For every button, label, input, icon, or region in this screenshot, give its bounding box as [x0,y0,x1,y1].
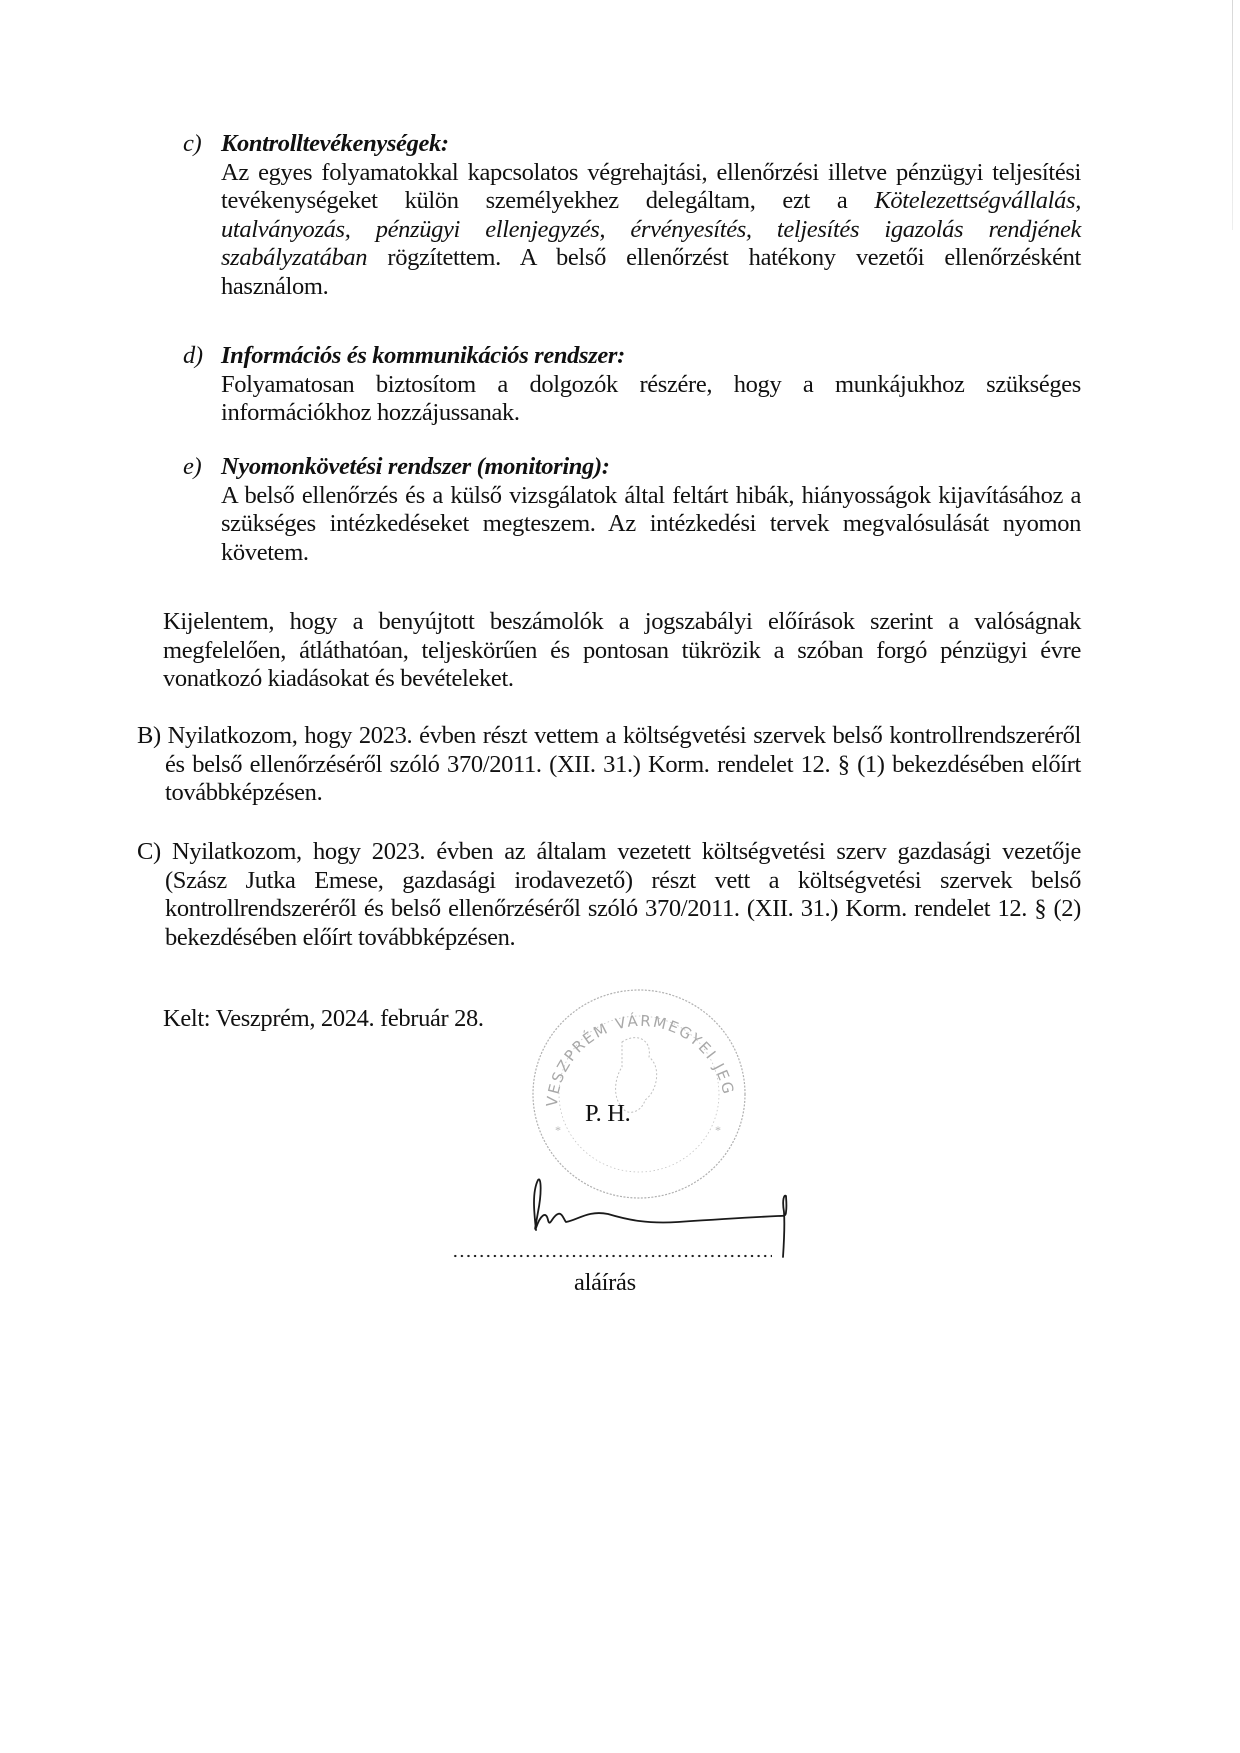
section-d-marker: d) [183,342,221,371]
section-e: e) Nyomonkövetési rendszer (monitoring):… [183,453,1081,567]
section-d-body: Folyamatosan biztosítom a dolgozók részé… [221,371,1081,428]
signature-label: aláírás [574,1269,636,1297]
statement-paragraph: Kijelentem, hogy a benyújtott beszámolók… [163,608,1081,694]
section-d-heading-row: d) Információs és kommunikációs rendszer… [183,342,1081,371]
signature-dotted-line [452,1254,772,1258]
svg-text:VESZPRÉM VÁRMEGYEI JEGYZŐ: VESZPRÉM VÁRMEGYEI JEGYZŐ [527,982,738,1108]
official-stamp-icon: VESZPRÉM VÁRMEGYEI JEGYZŐ * * [527,982,752,1204]
svg-text:*: * [715,1123,721,1137]
section-c-heading-row: c) Kontrolltevékenységek: [183,130,1081,159]
declaration-c-text: C) Nyilatkozom, hogy 2023. évben az álta… [137,838,1081,952]
section-e-marker: e) [183,453,221,482]
stamp-ring-text: VESZPRÉM VÁRMEGYEI JEGYZŐ [527,982,738,1108]
section-c-heading: Kontrolltevékenységek: [221,130,449,159]
section-c-body: Az egyes folyamatokkal kapcsolatos végre… [221,159,1081,302]
svg-text:*: * [555,1123,561,1137]
section-e-heading-row: e) Nyomonkövetési rendszer (monitoring): [183,453,1081,482]
declaration-c: C) Nyilatkozom, hogy 2023. évben az álta… [137,838,1081,952]
stamp-placeholder-label: P. H. [585,1100,630,1128]
scan-edge-artifact [1232,0,1233,230]
section-e-heading: Nyomonkövetési rendszer (monitoring): [221,453,610,482]
date-line: Kelt: Veszprém, 2024. február 28. [163,1005,484,1033]
signature-icon [528,1172,798,1262]
declaration-b-text: B) Nyilatkozom, hogy 2023. évben részt v… [137,722,1081,808]
section-c-marker: c) [183,130,221,159]
section-e-body: A belső ellenőrzés és a külső vizsgálato… [221,482,1081,568]
document-page: c) Kontrolltevékenységek: Az egyes folya… [0,0,1240,1753]
section-d: d) Információs és kommunikációs rendszer… [183,342,1081,428]
section-d-heading: Információs és kommunikációs rendszer: [221,342,625,371]
declaration-b: B) Nyilatkozom, hogy 2023. évben részt v… [137,722,1081,808]
section-c: c) Kontrolltevékenységek: Az egyes folya… [183,130,1081,301]
